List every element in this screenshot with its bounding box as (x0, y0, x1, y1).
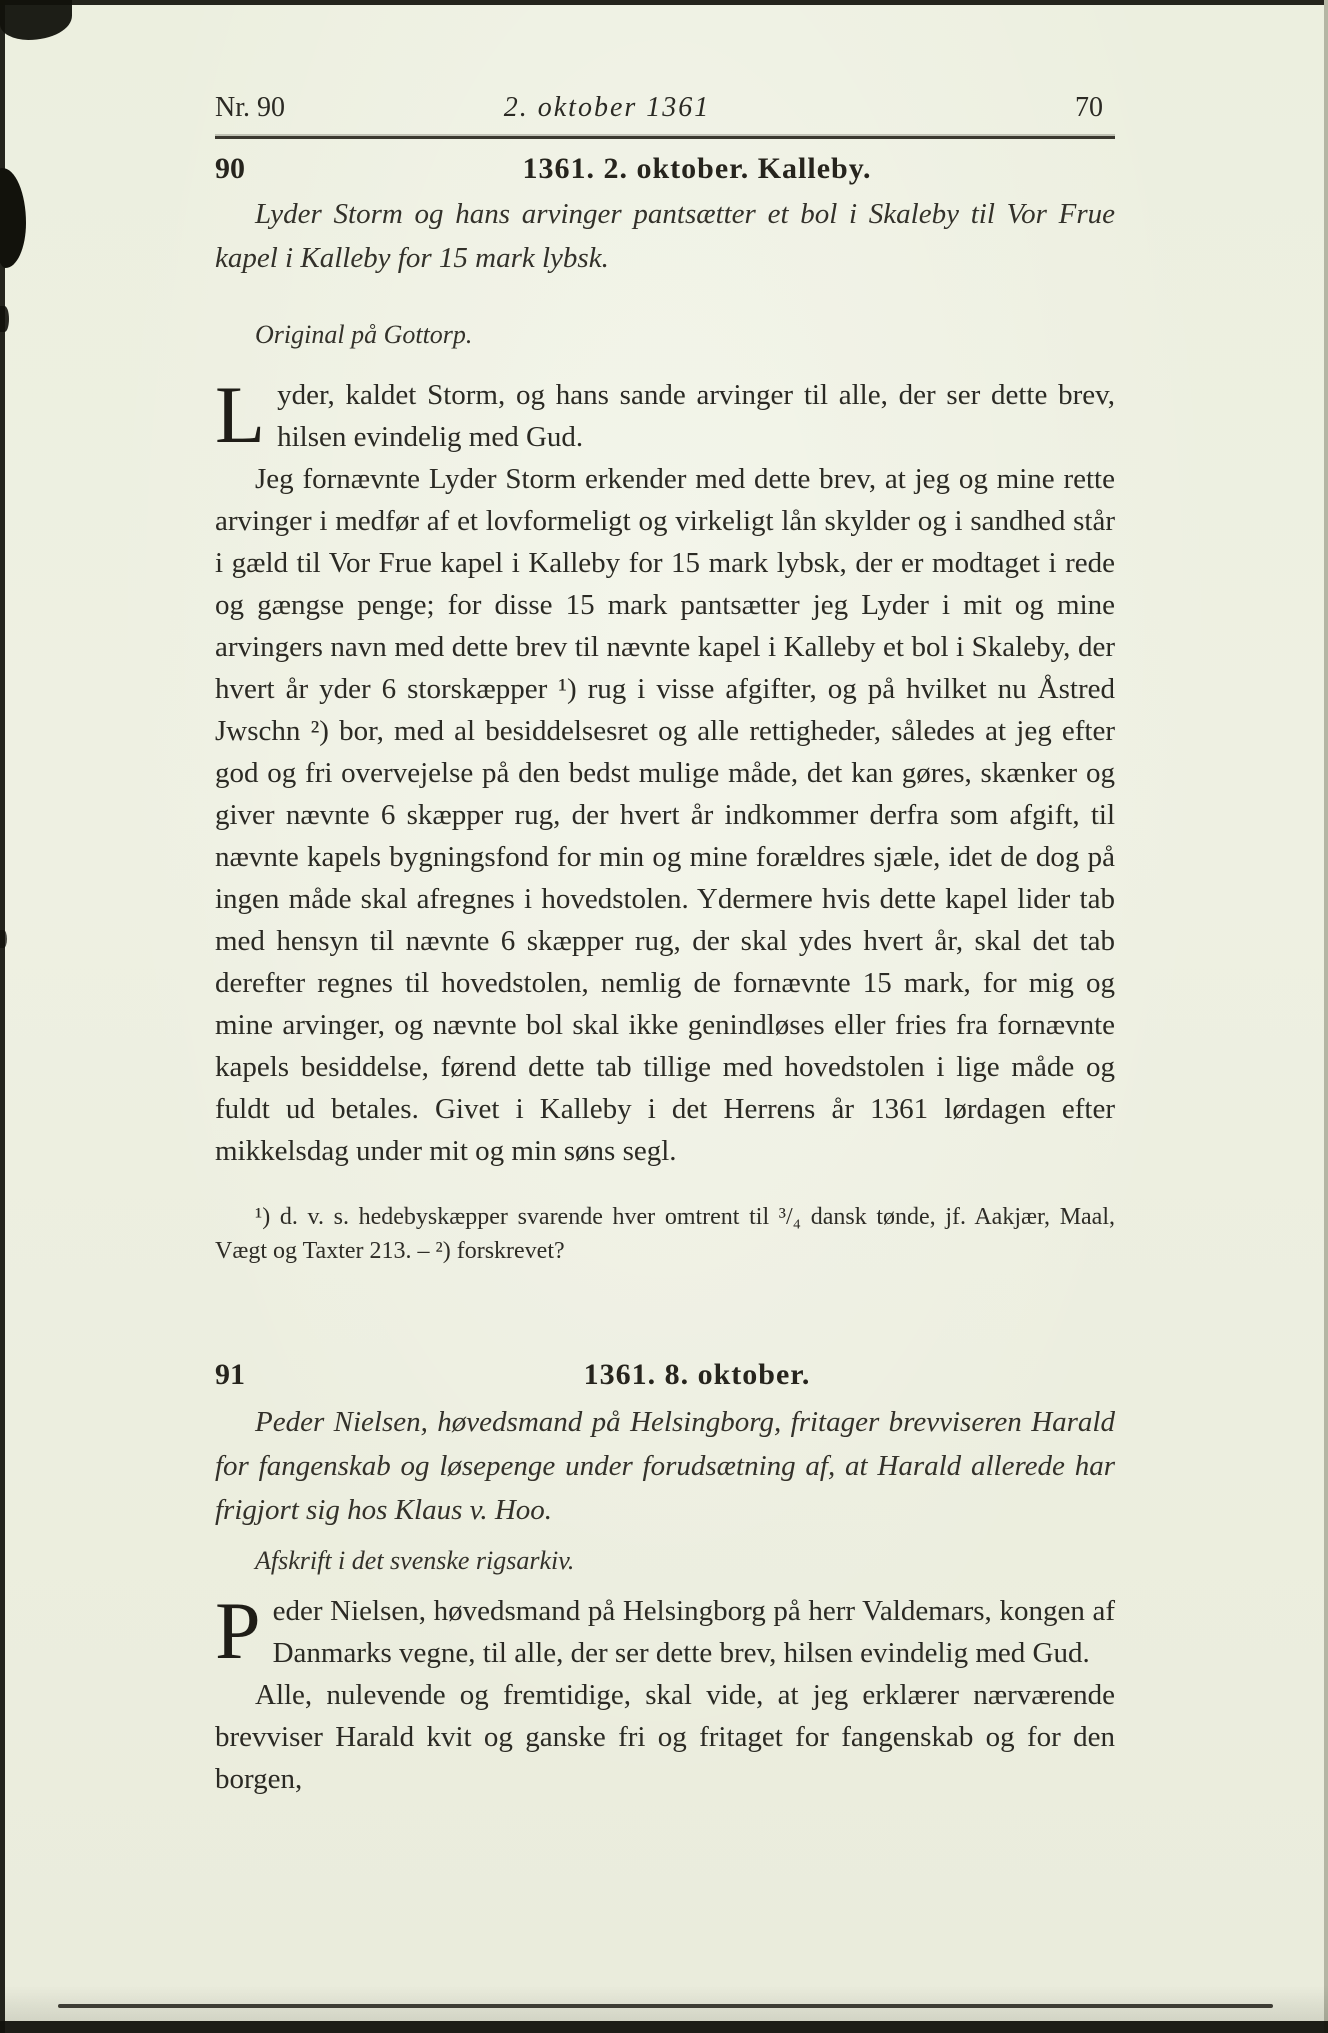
dropcap-P: P (215, 1590, 273, 1666)
entry-91-summary: Peder Nielsen, høvedsmand på Helsingborg… (215, 1400, 1115, 1532)
dropcap-L: L (215, 374, 277, 450)
scan-bottom-edge (0, 2021, 1328, 2033)
scan-bottom-line (58, 2004, 1273, 2008)
running-head-page-number: 70 (1075, 92, 1103, 124)
running-head: Nr. 90 2. oktober 1361 70 (215, 92, 1115, 132)
entry-90-footnote: ¹) d. v. s. hedebyskæpper svarende hver … (215, 1200, 1115, 1268)
entry-90-source: Original på Gottorp. (255, 320, 1155, 350)
entry-91-salutation-text: eder Nielsen, høvedsmand på Helsingborg … (273, 1595, 1115, 1669)
entry-90-body: Jeg fornævnte Lyder Storm erkender med d… (215, 458, 1115, 1172)
entry-90-salutation: Lyder, kaldet Storm, og hans sande arvin… (215, 374, 1115, 458)
scan-edge-right (1324, 0, 1328, 2033)
scan-bottom-shadow (0, 1985, 1328, 2021)
entry-91-header: 91 1361. 8. oktober. (215, 1358, 1115, 1396)
header-rule (215, 136, 1115, 139)
scanned-book-page: { "header": { "left": "Nr. 90", "center"… (0, 0, 1328, 2033)
entry-91-salutation: Peder Nielsen, høvedsmand på Helsingborg… (215, 1590, 1115, 1674)
scan-edge-notch-2 (0, 930, 7, 948)
scan-edge-top (0, 0, 1328, 5)
entry-91-body: Alle, nulevende og fremtidige, skal vide… (215, 1674, 1115, 1800)
entry-91-title: 1361. 8. oktober. (584, 1358, 811, 1392)
scan-edge-notch (0, 306, 9, 332)
entry-91-source: Afskrift i det svenske rigsarkiv. (255, 1546, 1155, 1576)
entry-90-number: 90 (215, 152, 245, 186)
entry-91-number: 91 (215, 1358, 245, 1392)
entry-90-summary: Lyder Storm og hans arvinger pantsætter … (215, 192, 1115, 280)
entry-90-title: 1361. 2. oktober. Kalleby. (522, 152, 871, 186)
entry-90-salutation-text: yder, kaldet Storm, og hans sande arving… (277, 379, 1115, 453)
entry-90-header: 90 1361. 2. oktober. Kalleby. (215, 152, 1115, 190)
running-head-entry-number: Nr. 90 (215, 92, 285, 124)
running-head-date: 2. oktober 1361 (504, 92, 711, 124)
scan-edge-left (0, 0, 5, 2033)
